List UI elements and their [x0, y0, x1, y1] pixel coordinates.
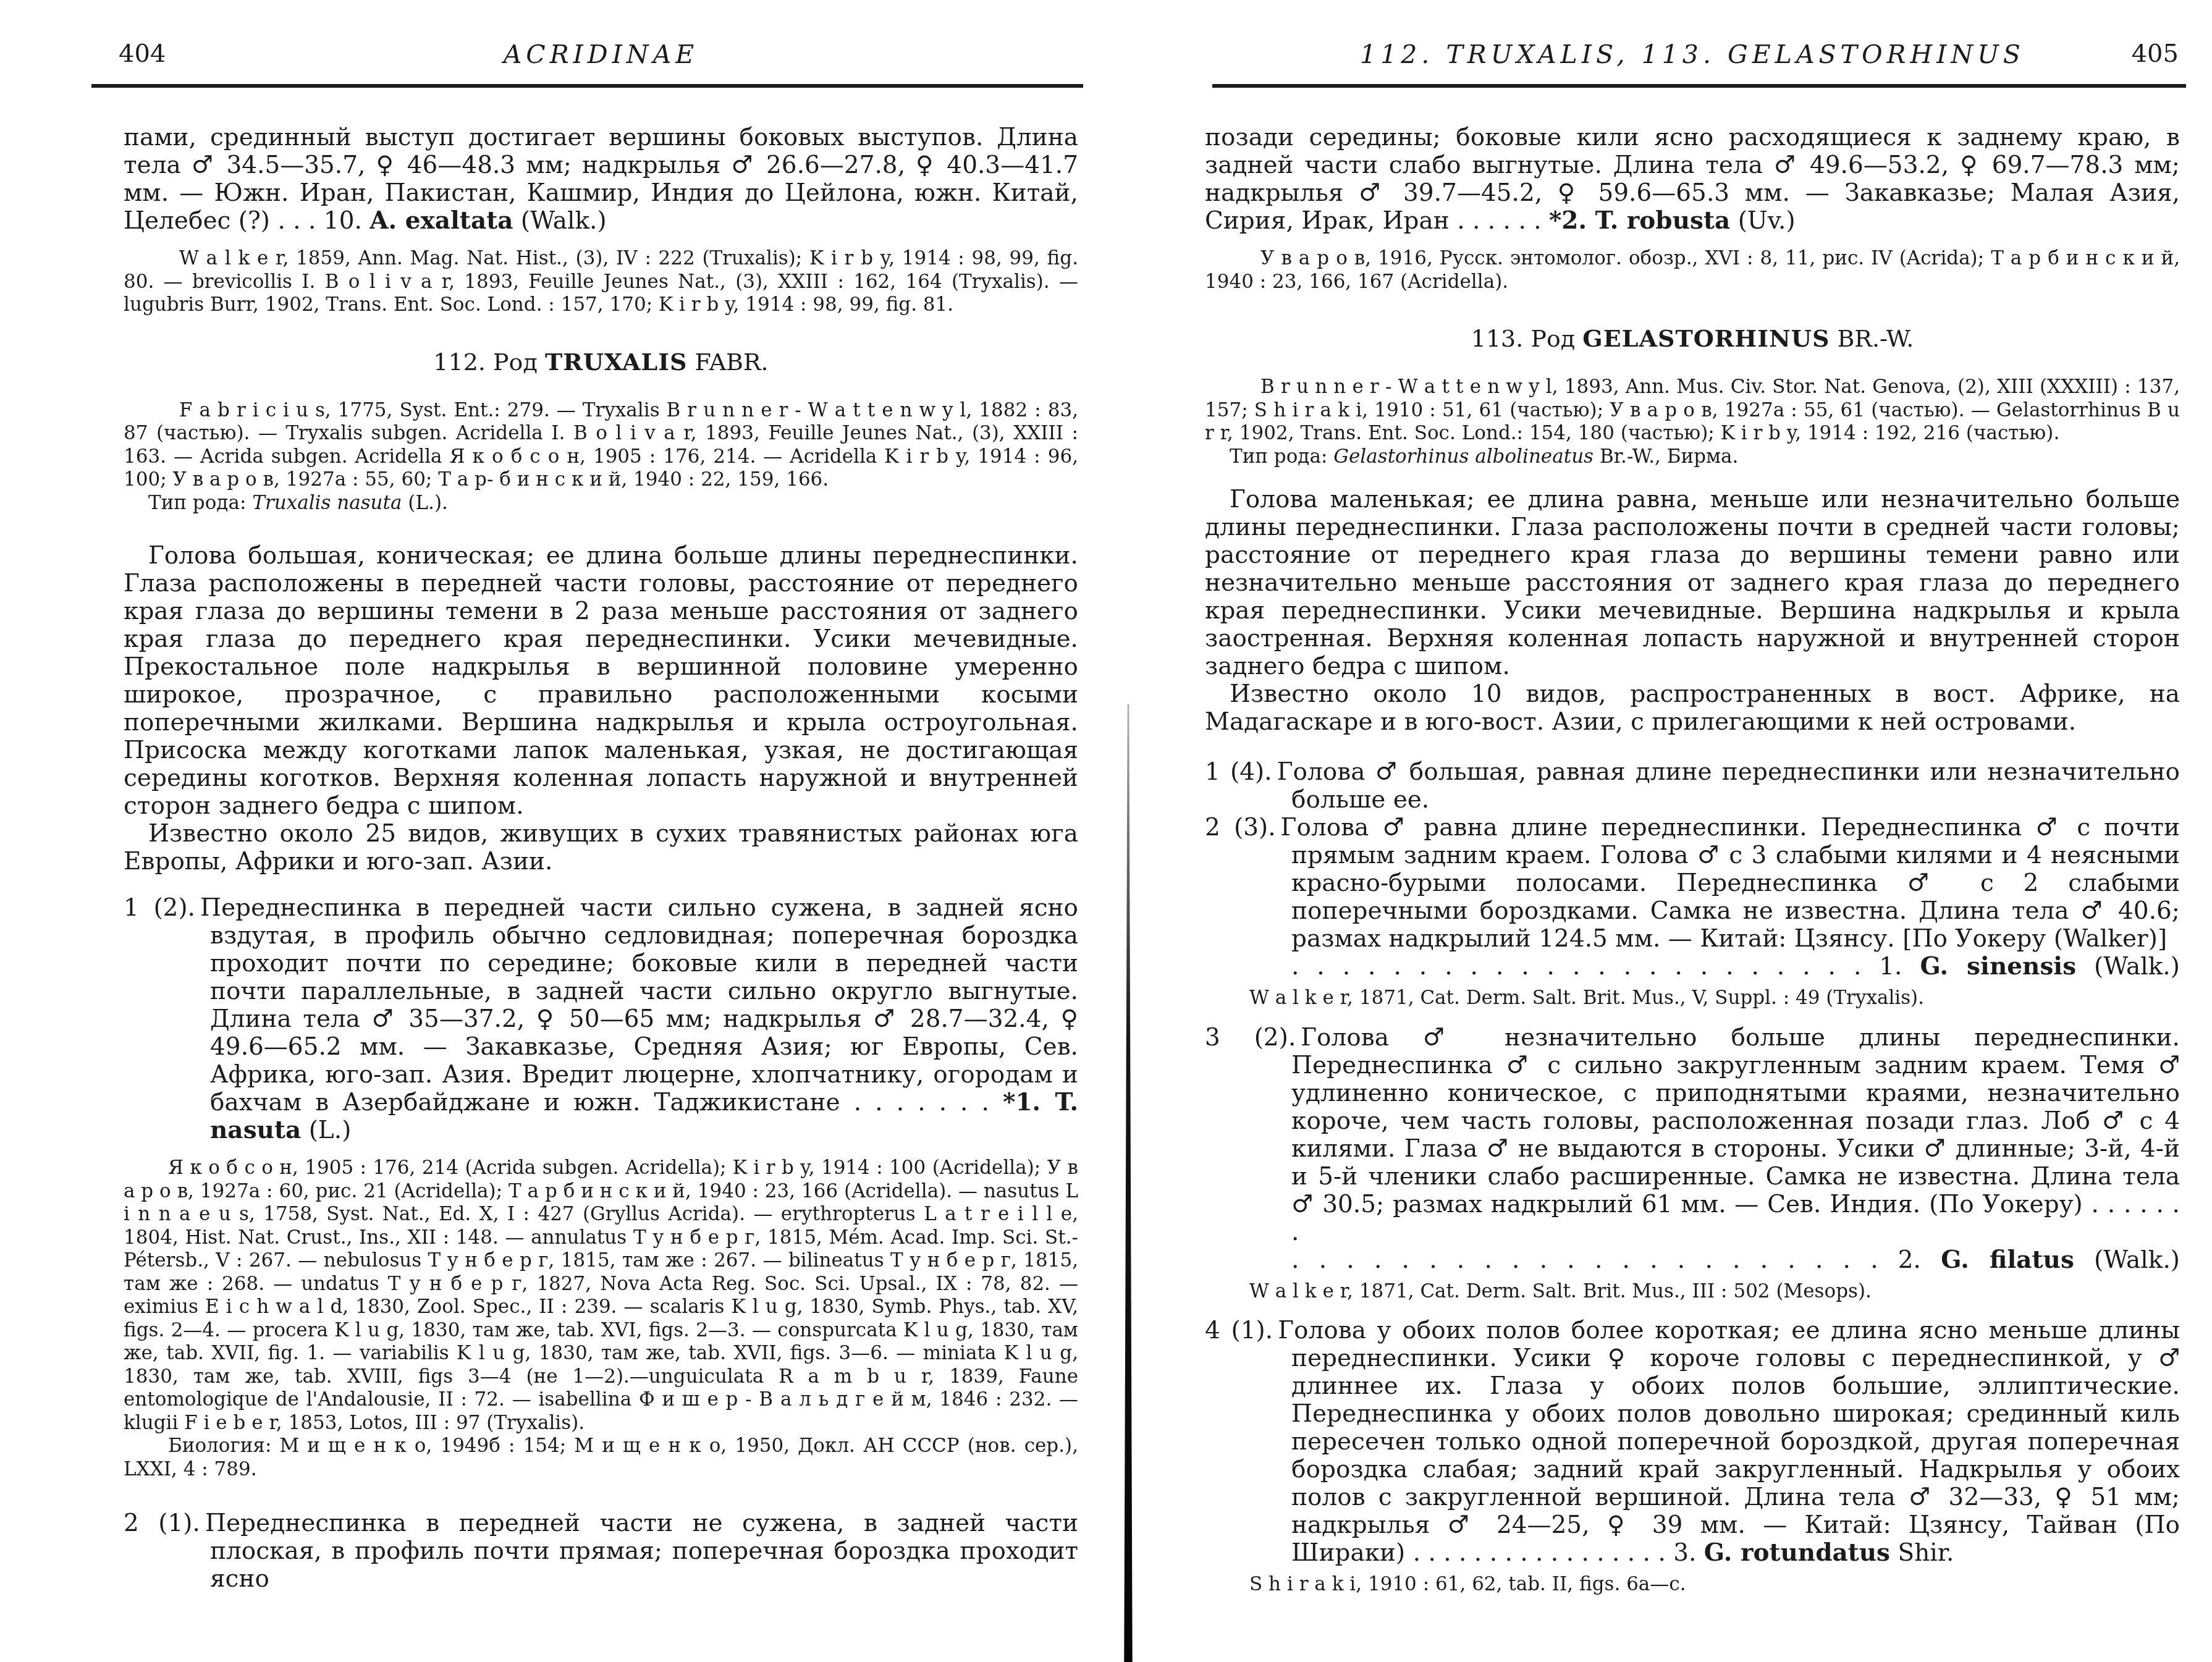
identification-key: 1 (4).Голова ♂ большая, равная длине пер… [1205, 758, 2180, 1597]
type-species-author: (L.). [402, 492, 448, 514]
species-author: Shir. [1890, 1539, 1954, 1567]
species-author: (Walk.) [2074, 1246, 2180, 1274]
key-item-text: Голова ♂ большая, равная длине переднесп… [1277, 758, 2180, 814]
reference-rotundatus: S h i r a k i, 1910 : 61, 62, tab. II, f… [1205, 1573, 2180, 1597]
heading-author: FABR. [687, 348, 768, 376]
page-left-header: 404 ACRIDINAE [124, 40, 1078, 74]
key-item-2: 2 (1).Переднеспинка в передней части не … [124, 1509, 1078, 1593]
paragraph-species-exaltata: пами, срединный выступ достигает вершины… [124, 124, 1078, 235]
biology-note: Биология: М и щ е н к о, 1949б : 154; М … [124, 1435, 1078, 1481]
key-item-3: 3 (2).Голова ♂ незначительно больше длин… [1205, 1024, 2180, 1246]
reference-fabricius: F a b r i c i u s, 1775, Syst. Ent.: 279… [124, 399, 1078, 492]
key-item-number: 1 (4). [1205, 758, 1277, 786]
reference-walker-exaltata: W a l k e r, 1859, Ann. Mag. Nat. Hist.,… [124, 247, 1078, 317]
type-species-name: Truxalis nasuta [252, 492, 402, 514]
reference-sinensis: W a l k e r, 1871, Cat. Derm. Salt. Brit… [1205, 987, 2180, 1010]
species-name-exaltata: A. exaltata [369, 206, 513, 235]
type-species-author: Br.-W., Бирма. [1594, 445, 1738, 468]
heading-author: BR.-W. [1830, 325, 1914, 352]
species-author: (L.) [301, 1116, 351, 1144]
key-leader-filatus: . . . . . . . . . . . . . . . . . . . . … [1205, 1246, 2180, 1274]
running-title: 112. TRUXALIS, 113. GELASTORHINUS [1205, 40, 2180, 69]
leader-dots: . . . . . . . . . . . . . . . . . . . . … [1291, 1246, 1941, 1274]
key-item-text: Голова ♂ равна длине переднеспинки. Пере… [1281, 814, 2180, 953]
genus-description: Голова большая, коническая; ее длина бол… [124, 542, 1078, 820]
key-item-number: 4 (1). [1205, 1317, 1278, 1344]
species-author: (Walk.) [2076, 953, 2180, 981]
key-leader-sinensis: . . . . . . . . . . . . . . . . . . . . … [1205, 953, 2180, 981]
genus-distribution: Известно около 25 видов, живущих в сухих… [124, 820, 1078, 875]
key-item-number: 2 (1). [124, 1509, 205, 1537]
genus-description: Голова маленькая; ее длина равна, меньше… [1205, 486, 2180, 680]
species-author: (Walk.) [513, 207, 606, 235]
header-rule [1212, 84, 2186, 88]
key-item-1: 1 (2).Переднеспинка в передней части сил… [124, 894, 1078, 1144]
scan-gutter-shadow [1123, 704, 1133, 1662]
reference-filatus: W a l k e r, 1871, Cat. Derm. Salt. Brit… [1205, 1280, 2180, 1304]
genus-name: GELASTORHINUS [1582, 324, 1830, 352]
heading-pre: 113. Род [1471, 325, 1583, 352]
running-title: ACRIDINAE [124, 40, 1078, 69]
type-species-name: Gelastorhinus albolineatus [1333, 445, 1594, 468]
reference-brunner: B r u n n e r - W a t t e n w y l, 1893,… [1205, 376, 2180, 445]
species-name-filatus: G. filatus [1941, 1246, 2074, 1274]
key-item-text: Голова у обоих полов более короткая; ее … [1278, 1317, 2180, 1567]
page-right: 112. TRUXALIS, 113. GELASTORHINUS 405 по… [1205, 0, 2180, 1610]
species-name-robusta: *2. T. robusta [1549, 206, 1730, 235]
species-author: (Uv.) [1730, 207, 1796, 235]
genus-synonymy-block: B r u n n e r - W a t t e n w y l, 1893,… [1205, 376, 2180, 468]
page-left: 404 ACRIDINAE пами, срединный выступ дос… [124, 0, 1078, 1593]
header-rule [91, 84, 1083, 88]
reference-nasuta: Я к о б с о н, 1905 : 176, 214 (Acrida s… [124, 1157, 1078, 1435]
genus-name: TRUXALIS [545, 348, 688, 376]
paragraph-species-robusta: позади середины; боковые кили ясно расхо… [1205, 124, 2180, 235]
type-species-line: Тип рода: Truxalis nasuta (L.). [124, 492, 1078, 515]
type-species-label: Тип рода: [148, 492, 252, 514]
key-item-text: Переднеспинка в передней части не сужена… [205, 1509, 1078, 1593]
genus-distribution: Известно около 10 видов, распространенны… [1205, 680, 2180, 736]
type-species-label: Тип рода: [1230, 445, 1333, 468]
genus-heading-truxalis: 112. Род TRUXALIS FABR. [124, 348, 1078, 376]
species-name-sinensis: G. sinensis [1920, 952, 2076, 981]
key-item-1: 1 (4).Голова ♂ большая, равная длине пер… [1205, 758, 2180, 814]
key-item-4: 4 (1).Голова у обоих полов более коротка… [1205, 1317, 2180, 1567]
type-species-line: Тип рода: Gelastorhinus albolineatus Br.… [1205, 445, 2180, 469]
key-item-number: 2 (3). [1205, 814, 1281, 842]
species-synonymy-block: Я к о б с о н, 1905 : 176, 214 (Acrida s… [124, 1157, 1078, 1481]
species-name-rotundatus: G. rotundatus [1704, 1538, 1890, 1567]
page-right-header: 112. TRUXALIS, 113. GELASTORHINUS 405 [1205, 40, 2180, 74]
identification-key: 1 (2).Переднеспинка в передней части сил… [124, 894, 1078, 1593]
key-item-text: Переднеспинка в передней части сильно су… [200, 894, 1078, 1116]
key-item-number: 3 (2). [1205, 1024, 1301, 1052]
key-item-text: Голова ♂ незначительно больше длины пере… [1291, 1024, 2180, 1246]
page-number: 404 [119, 40, 166, 68]
genus-heading-gelastorhinus: 113. Род GELASTORHINUS BR.-W. [1205, 324, 2180, 352]
key-item-2: 2 (3).Голова ♂ равна длине переднеспинки… [1205, 814, 2180, 953]
page-number: 405 [2132, 40, 2179, 68]
genus-synonymy-block: F a b r i c i u s, 1775, Syst. Ent.: 279… [124, 399, 1078, 515]
heading-pre: 112. Род [433, 348, 545, 376]
leader-dots: . . . . . . . . . . . . . . . . . . . . … [1291, 953, 1920, 981]
key-item-number: 1 (2). [124, 894, 200, 922]
reference-robusta: У в а р о в, 1916, Русск. энтомолог. обо… [1205, 247, 2180, 293]
